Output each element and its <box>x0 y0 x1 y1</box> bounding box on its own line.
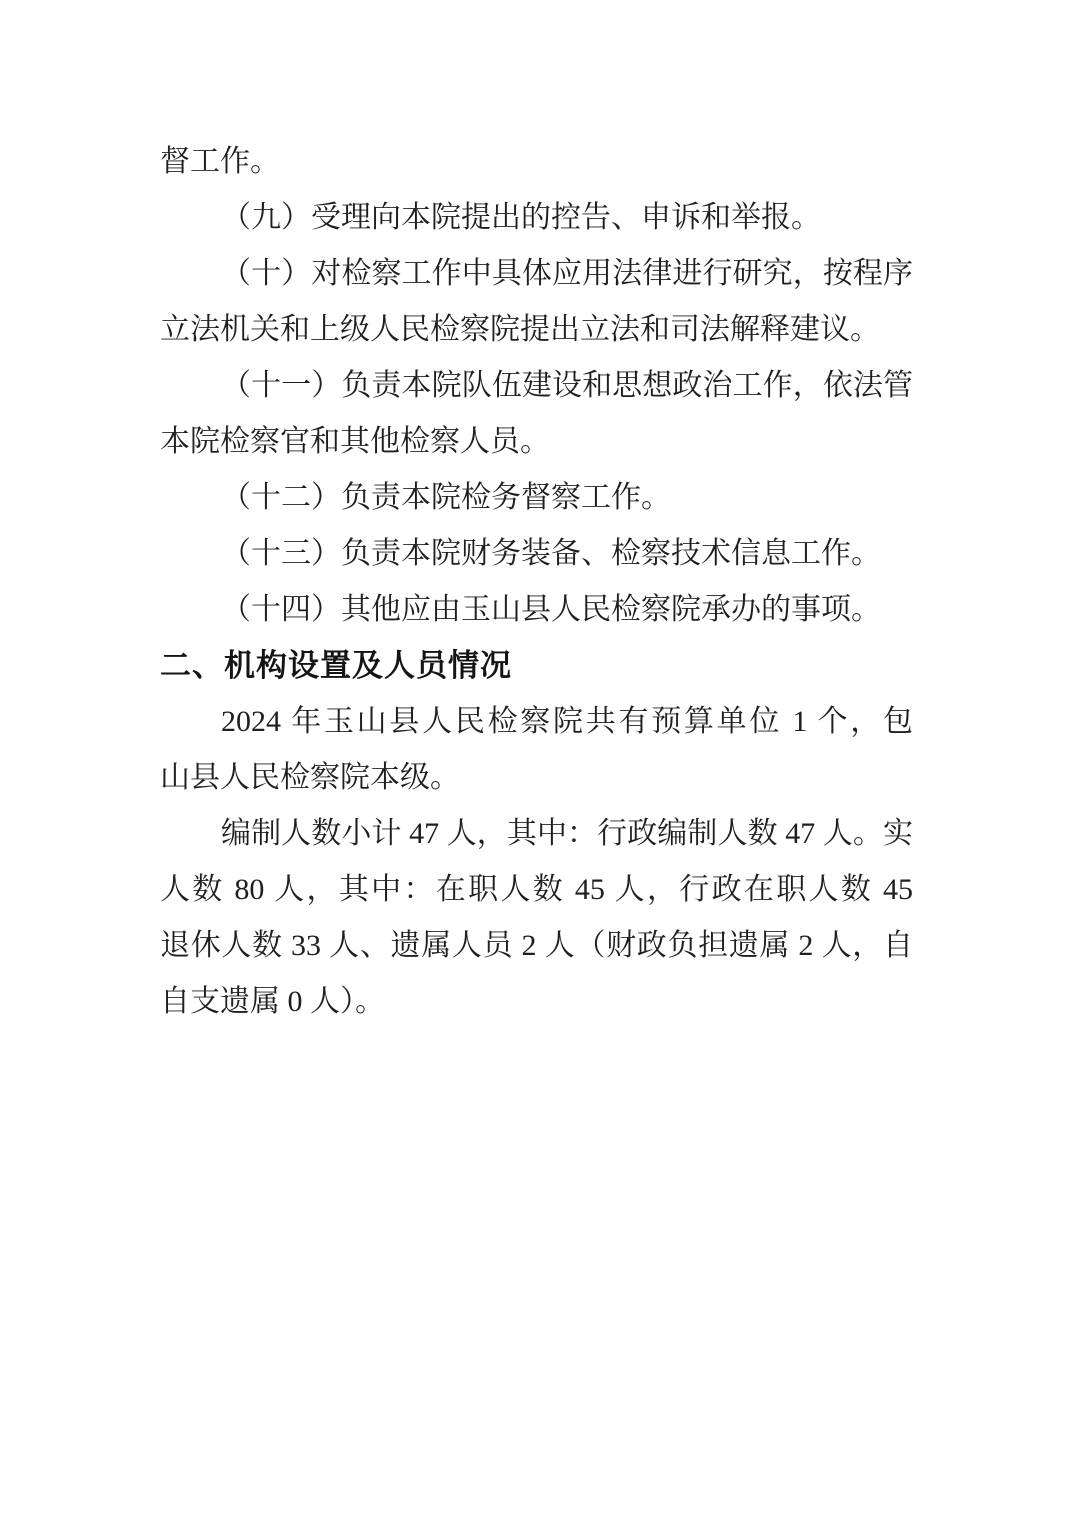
document-body: 督工作。（九）受理向本院提出的控告、申诉和举报。（十）对检察工作中具体应用法律进… <box>160 134 913 1030</box>
text-line: 编制人数小计 47 人，其中：行政编制人数 47 人。实有 <box>160 806 913 862</box>
text-line: （十二）负责本院检务督察工作。 <box>160 470 913 526</box>
text-line: （十四）其他应由玉山县人民检察院承办的事项。 <box>160 582 913 638</box>
text-line: 山县人民检察院本级。 <box>160 750 913 806</box>
text-line: 人数 80 人，其中：在职人数 45 人，行政在职人数 45 人。 <box>160 862 913 918</box>
text-line: 退休人数 33 人、遗属人员 2 人（财政负担遗属 2 人，自收 <box>160 918 913 974</box>
text-line: 自支遗属 0 人）。 <box>160 974 913 1030</box>
text-line: （九）受理向本院提出的控告、申诉和举报。 <box>160 190 913 246</box>
document-page: 督工作。（九）受理向本院提出的控告、申诉和举报。（十）对检察工作中具体应用法律进… <box>0 0 1074 1520</box>
text-line: 督工作。 <box>160 134 913 190</box>
text-line: 本院检察官和其他检察人员。 <box>160 414 913 470</box>
text-line: 立法机关和上级人民检察院提出立法和司法解释建议。 <box>160 302 913 358</box>
section-heading: 二、机构设置及人员情况 <box>160 638 913 694</box>
text-line: （十三）负责本院财务装备、检察技术信息工作。 <box>160 526 913 582</box>
text-line: （十一）负责本院队伍建设和思想政治工作，依法管理 <box>160 358 913 414</box>
text-line: （十）对检察工作中具体应用法律进行研究，按程序向 <box>160 246 913 302</box>
text-line: 2024 年玉山县人民检察院共有预算单位 1 个，包括：玉 <box>160 694 913 750</box>
